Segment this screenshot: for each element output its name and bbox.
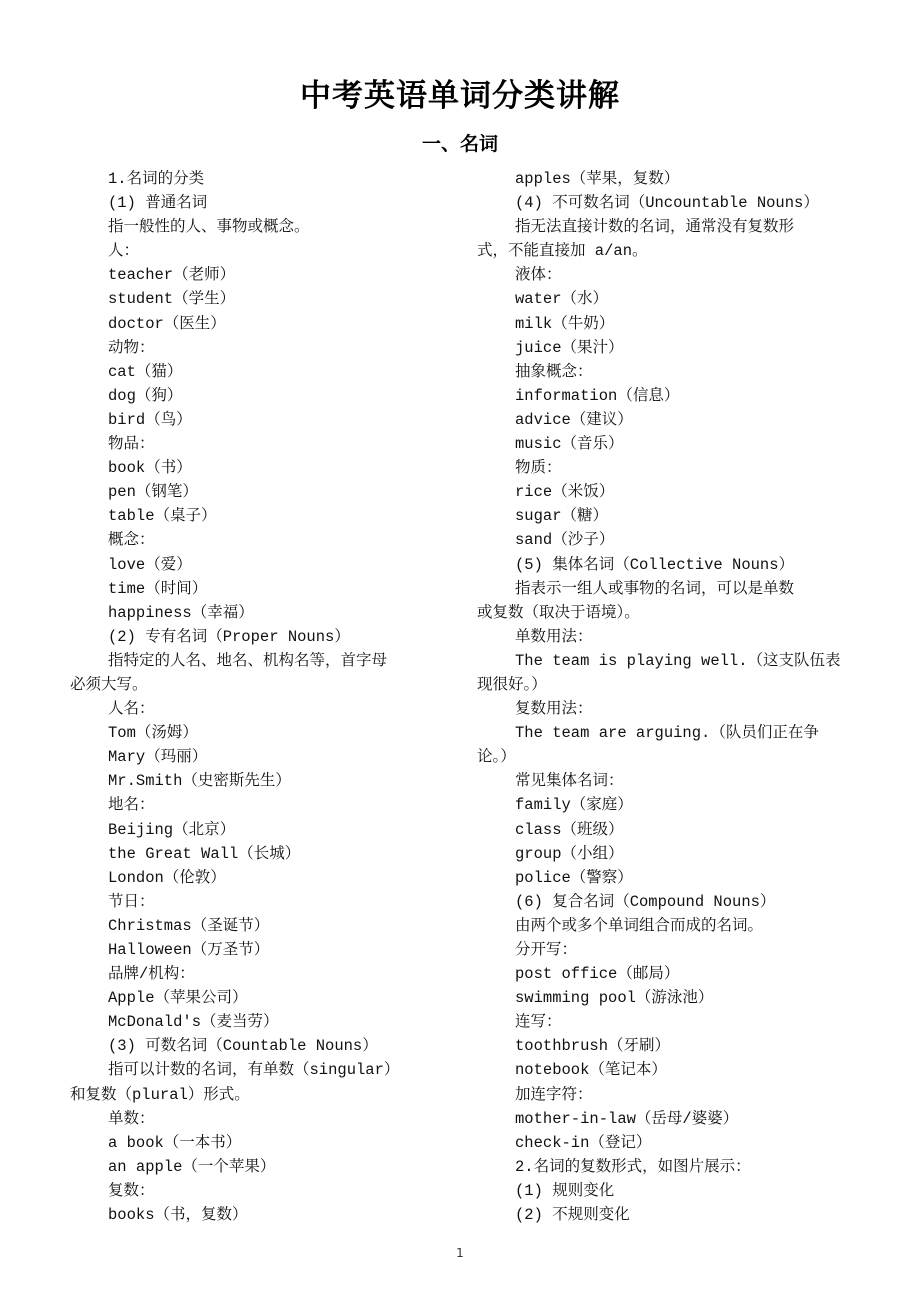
text-line: 复数： (70, 1179, 442, 1203)
text-line: (2) 不规则变化 (477, 1203, 852, 1227)
text-line: pen（钢笔） (70, 480, 442, 504)
text-line: doctor（医生） (70, 312, 442, 336)
text-line: The team is playing well.（这支队伍表 (477, 649, 852, 673)
text-line: milk（牛奶） (477, 312, 852, 336)
text-line: (4) 不可数名词（Uncountable Nouns） (477, 191, 852, 215)
text-line: books（书，复数） (70, 1203, 442, 1227)
text-line: Beijing（北京） (70, 818, 442, 842)
text-line-continuation: 论。） (477, 745, 852, 769)
text-line: 单数： (70, 1107, 442, 1131)
text-line: 人名： (70, 697, 442, 721)
text-line: happiness（幸福） (70, 601, 442, 625)
text-line: love（爱） (70, 553, 442, 577)
text-line: the Great Wall（长城） (70, 842, 442, 866)
text-line: 人： (70, 239, 442, 263)
text-line: Tom（汤姆） (70, 721, 442, 745)
text-line: Mary（玛丽） (70, 745, 442, 769)
text-line: 抽象概念： (477, 360, 852, 384)
text-line: (2) 专有名词（Proper Nouns） (70, 625, 442, 649)
text-line: juice（果汁） (477, 336, 852, 360)
text-line: 指可以计数的名词，有单数（singular） (70, 1058, 442, 1082)
text-line: Apple（苹果公司） (70, 986, 442, 1010)
text-line: Mr.Smith（史密斯先生） (70, 769, 442, 793)
text-line: information（信息） (477, 384, 852, 408)
text-line: 概念： (70, 528, 442, 552)
text-line: 加连字符： (477, 1083, 852, 1107)
text-line: 地名： (70, 793, 442, 817)
text-line-continuation: 现很好。） (477, 673, 852, 697)
text-line: 液体： (477, 263, 852, 287)
text-line-continuation: 或复数（取决于语境）。 (477, 601, 852, 625)
section-heading: 一、名词 (0, 130, 920, 158)
text-line: toothbrush（牙刷） (477, 1034, 852, 1058)
text-line: post office（邮局） (477, 962, 852, 986)
text-line: sand（沙子） (477, 528, 852, 552)
text-line: 指无法直接计数的名词，通常没有复数形 (477, 215, 852, 239)
text-line: sugar（糖） (477, 504, 852, 528)
text-line: swimming pool（游泳池） (477, 986, 852, 1010)
text-line: bird（鸟） (70, 408, 442, 432)
text-line: (3) 可数名词（Countable Nouns） (70, 1034, 442, 1058)
text-line: book（书） (70, 456, 442, 480)
text-line: 物品： (70, 432, 442, 456)
text-line: table（桌子） (70, 504, 442, 528)
text-line: mother-in-law（岳母/婆婆） (477, 1107, 852, 1131)
text-line: notebook（笔记本） (477, 1058, 852, 1082)
text-line: (5) 集体名词（Collective Nouns） (477, 553, 852, 577)
text-line: Christmas（圣诞节） (70, 914, 442, 938)
text-line: a book（一本书） (70, 1131, 442, 1155)
text-line: 品牌/机构： (70, 962, 442, 986)
text-line: The team are arguing.（队员们正在争 (477, 721, 852, 745)
text-line: check-in（登记） (477, 1131, 852, 1155)
text-line: police（警察） (477, 866, 852, 890)
text-line: 分开写： (477, 938, 852, 962)
text-line: student（学生） (70, 287, 442, 311)
text-line: cat（猫） (70, 360, 442, 384)
text-line: 物质： (477, 456, 852, 480)
right-column: apples（苹果，复数）(4) 不可数名词（Uncountable Nouns… (477, 167, 852, 1227)
text-line: 指特定的人名、地名、机构名等，首字母 (70, 649, 442, 673)
text-line-continuation: 式，不能直接加 a/an。 (477, 239, 852, 263)
text-line: London（伦敦） (70, 866, 442, 890)
text-line: 指表示一组人或事物的名词，可以是单数 (477, 577, 852, 601)
text-line: 1.名词的分类 (70, 167, 442, 191)
document-title: 中考英语单词分类讲解 (0, 74, 920, 118)
text-line: Halloween（万圣节） (70, 938, 442, 962)
text-line: family（家庭） (477, 793, 852, 817)
text-line: 动物： (70, 336, 442, 360)
text-line-continuation: 必须大写。 (70, 673, 442, 697)
text-line: 节日： (70, 890, 442, 914)
text-line: music（音乐） (477, 432, 852, 456)
text-line: water（水） (477, 287, 852, 311)
text-line: dog（狗） (70, 384, 442, 408)
text-line: 复数用法： (477, 697, 852, 721)
text-line: class（班级） (477, 818, 852, 842)
text-line-continuation: 和复数（plural）形式。 (70, 1083, 442, 1107)
text-line: rice（米饭） (477, 480, 852, 504)
text-line: teacher（老师） (70, 263, 442, 287)
text-line: 单数用法： (477, 625, 852, 649)
text-line: apples（苹果，复数） (477, 167, 852, 191)
text-line: time（时间） (70, 577, 442, 601)
text-line: (1) 普通名词 (70, 191, 442, 215)
text-line: advice（建议） (477, 408, 852, 432)
text-line: (6) 复合名词（Compound Nouns） (477, 890, 852, 914)
text-line: McDonald's（麦当劳） (70, 1010, 442, 1034)
text-line: 连写： (477, 1010, 852, 1034)
text-line: 2.名词的复数形式，如图片展示： (477, 1155, 852, 1179)
page-number: 1 (0, 1246, 920, 1260)
text-line: 指一般性的人、事物或概念。 (70, 215, 442, 239)
text-line: group（小组） (477, 842, 852, 866)
text-line: an apple（一个苹果） (70, 1155, 442, 1179)
text-line: 由两个或多个单词组合而成的名词。 (477, 914, 852, 938)
text-line: (1) 规则变化 (477, 1179, 852, 1203)
left-column: 1.名词的分类(1) 普通名词指一般性的人、事物或概念。人：teacher（老师… (70, 167, 442, 1227)
text-line: 常见集体名词： (477, 769, 852, 793)
